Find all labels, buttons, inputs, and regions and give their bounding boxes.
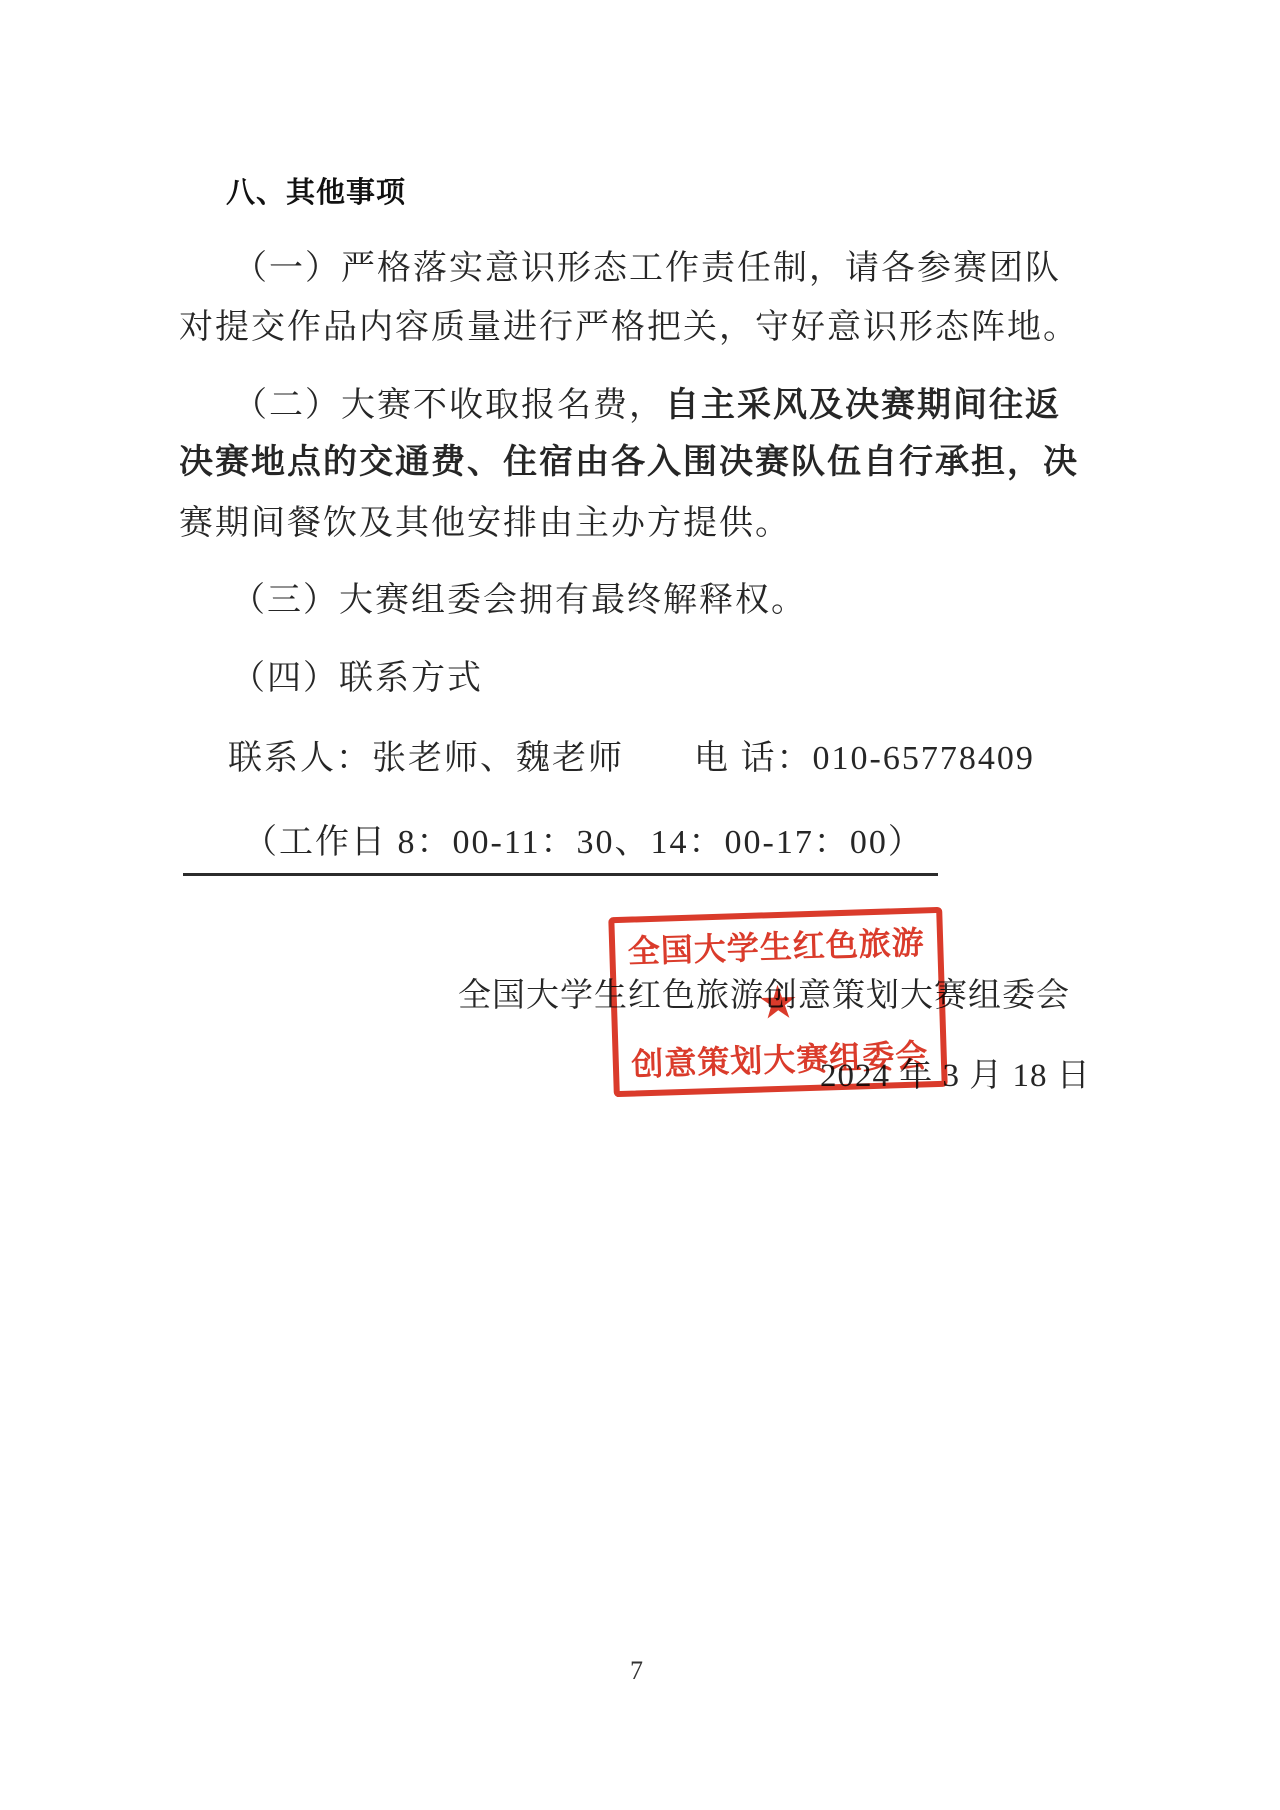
stamp-bottom-text: 创意策划大赛组委会 — [631, 1039, 929, 1080]
section-heading: 八、其他事项 — [226, 170, 406, 211]
para-2-line-1: （二）大赛不收取报名费，自主采风及决赛期间往返 — [233, 387, 1061, 424]
contact-line: 联系人：张老师、魏老师电 话：010-65778409 — [228, 740, 1035, 777]
para-4: （四）联系方式 — [231, 660, 483, 697]
official-stamp: 全国大学生红色旅游 ★ 创意策划大赛组委会 — [608, 907, 947, 1097]
para-3: （三）大赛组委会拥有最终解释权。 — [231, 582, 807, 619]
workday-underlined-text: （工作日 8：00-11：30、14：00-17：00） — [183, 814, 938, 876]
document-page: 八、其他事项 （一）严格落实意识形态工作责任制，请各参赛团队 对提交作品内容质量… — [0, 0, 1280, 1810]
para-1-line-2: 对提交作品内容质量进行严格把关，守好意识形态阵地。 — [179, 309, 1079, 346]
para-2-line-2: 决赛地点的交通费、住宿由各入围决赛队伍自行承担，决 — [179, 444, 1079, 481]
para-2-line-3: 赛期间餐饮及其他安排由主办方提供。 — [179, 505, 791, 542]
star-icon: ★ — [757, 986, 799, 1022]
workday-line: （工作日 8：00-11：30、14：00-17：00） — [183, 814, 938, 876]
para-2-line-1-bold: 自主采风及决赛期间往返 — [665, 387, 1061, 424]
page-number: 7 — [630, 1656, 643, 1686]
para-1-line-1: （一）严格落实意识形态工作责任制，请各参赛团队 — [233, 250, 1061, 287]
stamp-top-text: 全国大学生红色旅游 — [627, 926, 925, 967]
contact-person: 联系人：张老师、魏老师 — [228, 740, 624, 777]
contact-phone: 电 话：010-65778409 — [694, 740, 1035, 777]
para-2-line-1-normal: （二）大赛不收取报名费， — [233, 387, 665, 424]
